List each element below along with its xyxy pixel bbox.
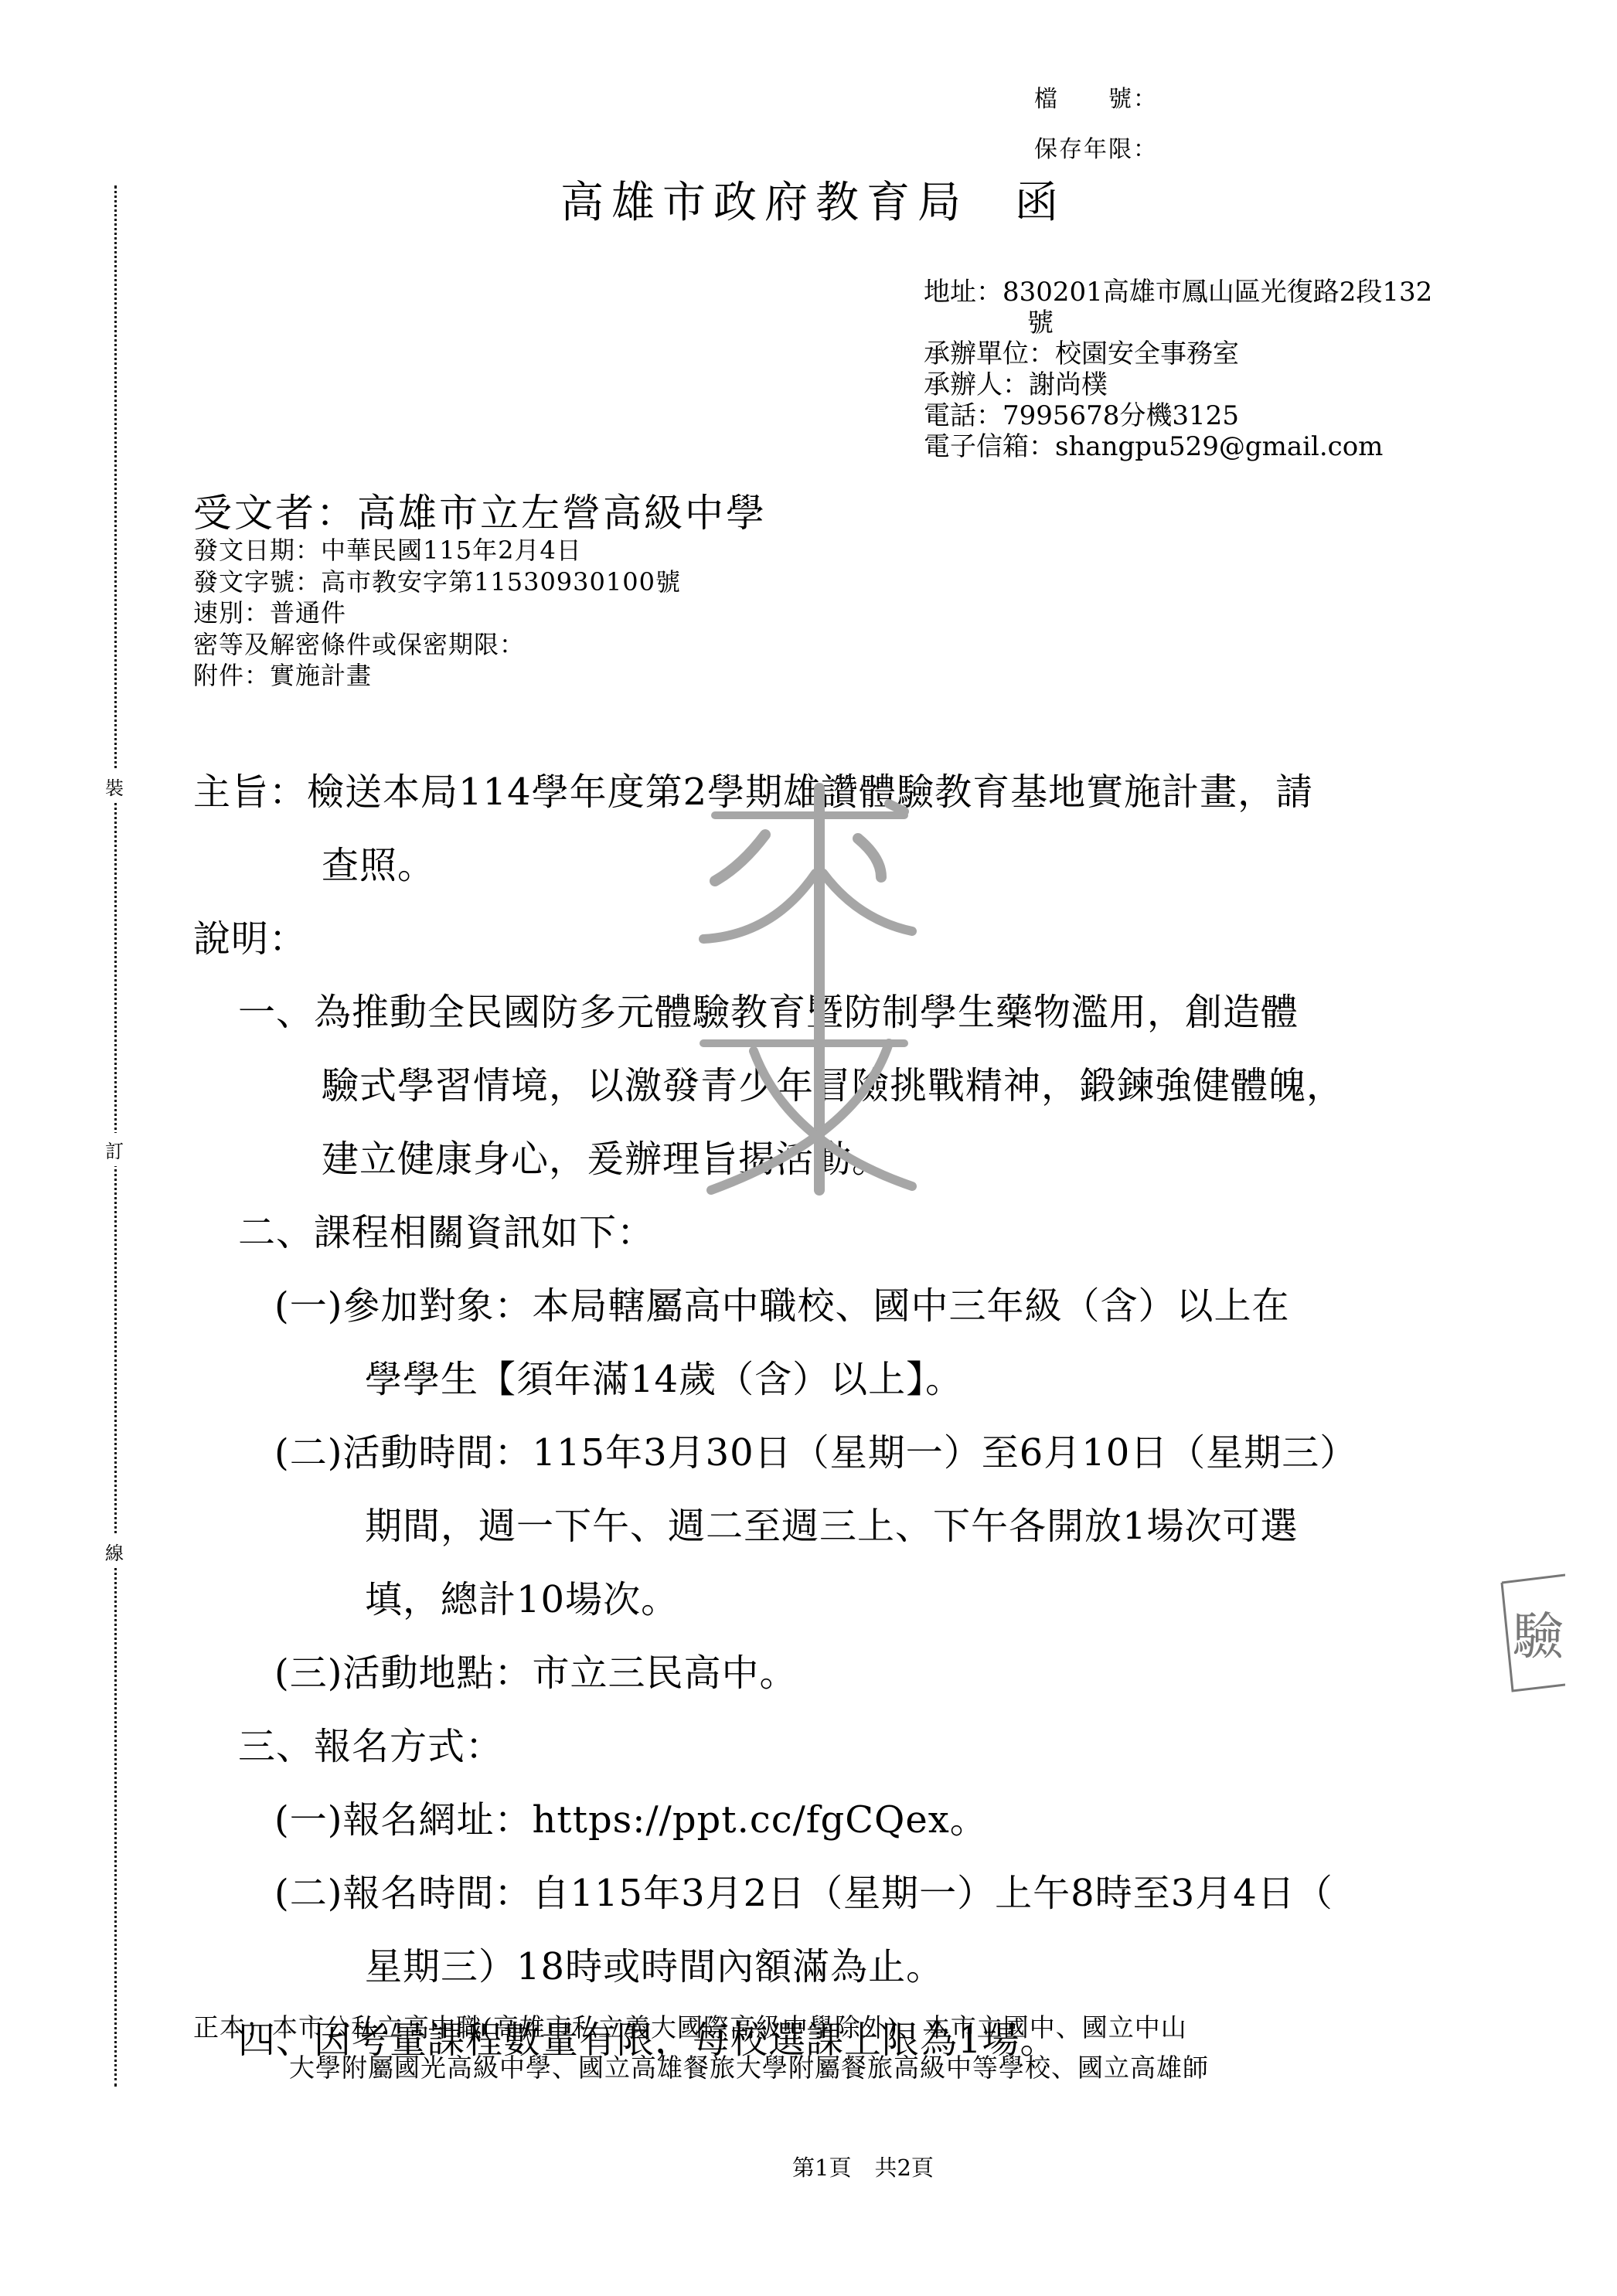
explanation-item-1-cont: 驗式學習情境，以激發青少年冒險挑戰精神，鍛鍊強健體魄， <box>193 1049 1461 1123</box>
attachment: 附件：實施計畫 <box>193 660 681 692</box>
issue-date: 發文日期：中華民國115年2月4日 <box>193 535 681 566</box>
handling-unit: 承辦單位：校園安全事務室 <box>924 338 1432 369</box>
sub-item-registration-time-cont: 星期三）18時或時間內額滿為止。 <box>193 1930 1461 2004</box>
distribution-list: 正本：本市公私立高中職(高雄市私立義大國際高級中學除外)、本市立國中、國立中山 … <box>193 2008 1209 2088</box>
subject-line: 主旨：檢送本局114學年度第2學期雄讚體驗教育基地實施計畫，請 <box>193 756 1461 829</box>
issuer-name: 高雄市政府教育局 <box>560 178 968 228</box>
email: 電子信箱：shangpu529@gmail.com <box>924 431 1432 462</box>
distribution-line-continued: 大學附屬國光高級中學、國立高雄餐旅大學附屬餐旅高級中等學校、國立高雄師 <box>193 2048 1209 2088</box>
inspection-seal-icon: 驗 <box>1496 1569 1565 1692</box>
address-line-continued: 號 <box>924 308 1432 338</box>
address-line: 地址：830201高雄市鳳山區光復路2段132 <box>924 277 1432 308</box>
explanation-item-2: 二、課程相關資訊如下： <box>193 1196 1461 1270</box>
explanation-heading: 說明： <box>193 903 1461 976</box>
document-type: 函 <box>1015 178 1066 228</box>
contact-block: 地址：830201高雄市鳳山區光復路2段132 號 承辦單位：校園安全事務室 承… <box>924 277 1432 462</box>
document-body: 主旨：檢送本局114學年度第2學期雄讚體驗教育基地實施計畫，請 查照。 說明： … <box>193 756 1461 2077</box>
binding-label-bottom: 線 <box>105 1535 124 1568</box>
retention-label: 保存年限： <box>1034 130 1158 164</box>
phone: 電話：7995678分機3125 <box>924 400 1432 431</box>
subject-line-continued: 查照。 <box>193 829 1461 903</box>
binding-label-top: 裝 <box>105 770 124 803</box>
sub-item-registration-time: (二)報名時間：自115年3月2日（星期一）上午8時至3月4日（ <box>193 1857 1461 1930</box>
explanation-item-1-cont: 建立健康身心，爰辦理旨揭活動。 <box>193 1123 1461 1196</box>
sub-item-schedule: (二)活動時間：115年3月30日（星期一）至6月10日（星期三） <box>193 1417 1461 1490</box>
classification: 密等及解密條件或保密期限： <box>193 629 681 661</box>
file-number-label: 檔 號： <box>1034 80 1158 114</box>
document-meta: 發文日期：中華民國115年2月4日 發文字號：高市教安字第11530930100… <box>193 535 681 692</box>
recipient: 受文者：高雄市立左營高級中學 <box>193 482 767 538</box>
explanation-item-3: 三、報名方式： <box>193 1710 1461 1784</box>
document-title: 高雄市政府教育局函 <box>560 168 1066 230</box>
sub-item-participants-cont: 學學生【須年滿14歲（含）以上】。 <box>193 1343 1461 1417</box>
sub-item-registration-url[interactable]: (一)報名網址：https://ppt.cc/fgCQex。 <box>193 1784 1461 1857</box>
explanation-item-1: 一、為推動全民國防多元體驗教育暨防制學生藥物濫用，創造體 <box>193 976 1461 1049</box>
delivery-speed: 速別：普通件 <box>193 597 681 629</box>
sub-item-location: (三)活動地點：市立三民高中。 <box>193 1637 1461 1710</box>
sub-item-schedule-cont: 期間，週一下午、週二至週三上、下午各開放1場次可選 <box>193 1490 1461 1563</box>
page-number: 第1頁 <box>792 2155 851 2181</box>
page-footer: 第1頁共2頁 <box>792 2151 934 2182</box>
binding-label-middle: 訂 <box>105 1133 124 1166</box>
page-total: 共2頁 <box>874 2155 933 2181</box>
sub-item-schedule-cont: 填，總計10場次。 <box>193 1563 1461 1637</box>
handling-officer: 承辦人：謝尚樸 <box>924 369 1432 400</box>
distribution-line: 正本：本市公私立高中職(高雄市私立義大國際高級中學除外)、本市立國中、國立中山 <box>193 2008 1209 2048</box>
sub-item-participants: (一)參加對象：本局轄屬高中職校、國中三年級（含）以上在 <box>193 1270 1461 1343</box>
document-number: 發文字號：高市教安字第11530930100號 <box>193 566 681 598</box>
svg-text:驗: 驗 <box>1512 1607 1564 1666</box>
